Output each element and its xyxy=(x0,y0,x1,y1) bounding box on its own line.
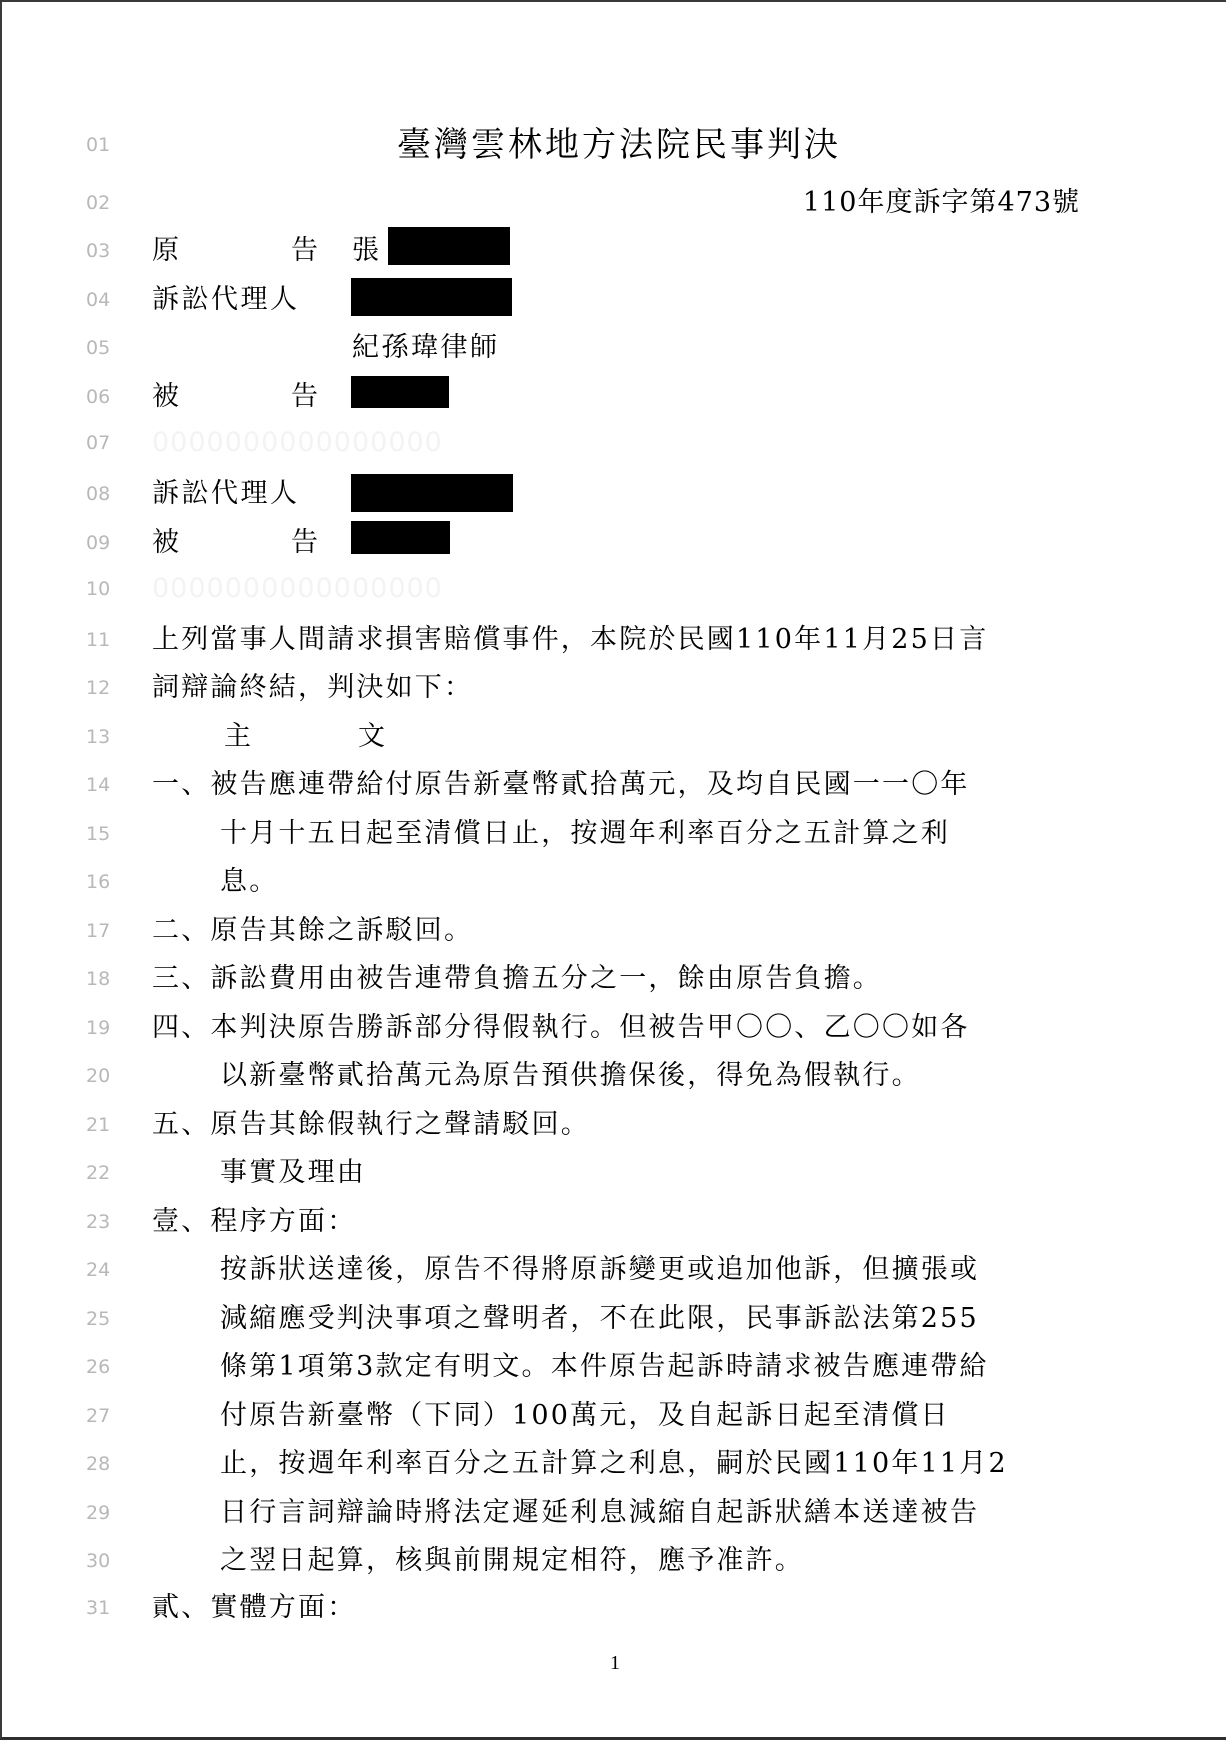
defendant-1-label: 被 告 xyxy=(152,373,318,421)
hidden-address-placeholder: 0000000000000000 xyxy=(152,419,443,467)
line-number: 30 xyxy=(86,1537,126,1585)
line-14: 14 一、被告應連帶給付原告新臺幣貳拾萬元，及均自民國一一〇年 xyxy=(2,761,1226,809)
document-page: 01 臺灣雲林地方法院民事判決 02 110年度訴字第473號 03 原 告 張… xyxy=(0,0,1226,1740)
line-03: 03 原 告 張 xyxy=(2,227,1226,275)
line-17: 17 二、原告其餘之訴駁回。 xyxy=(2,907,1226,955)
section-1-text: 減縮應受判決事項之聲明者，不在此限，民事訴訟法第255 xyxy=(220,1295,979,1343)
defendant-2-label: 被 告 xyxy=(152,519,318,567)
label-char: 告 xyxy=(291,227,318,275)
line-number: 13 xyxy=(86,713,126,761)
line-06: 06 被 告 xyxy=(2,373,1226,421)
line-09: 09 被 告 xyxy=(2,519,1226,567)
redaction-block-defendant-agent xyxy=(351,474,513,512)
line-number: 14 xyxy=(86,761,126,809)
line-number: 27 xyxy=(86,1392,126,1440)
redaction-block-defendant-1 xyxy=(351,376,449,408)
line-number: 09 xyxy=(86,519,126,567)
line-number: 26 xyxy=(86,1343,126,1391)
line-number: 29 xyxy=(86,1489,126,1537)
main-heading-char-1: 主 xyxy=(224,713,253,761)
line-13: 13 主 文 xyxy=(2,713,1226,761)
section-1-text: 日行言詞辯論時將法定遲延利息減縮自起訴狀繕本送達被告 xyxy=(220,1489,979,1537)
line-number: 11 xyxy=(86,616,126,664)
redaction-block-plaintiff-agent xyxy=(351,278,512,316)
line-04: 04 訴訟代理人 xyxy=(2,276,1226,324)
plaintiff-label: 原 告 xyxy=(152,227,318,275)
line-29: 29 日行言詞辯論時將法定遲延利息減縮自起訴狀繕本送達被告 xyxy=(2,1489,1226,1537)
line-number: 15 xyxy=(86,810,126,858)
section-1-text: 付原告新臺幣（下同）100萬元，及自起訴日起至清償日 xyxy=(220,1392,950,1440)
section-1-text: 止，按週年利率百分之五計算之利息，嗣於民國110年11月2 xyxy=(220,1440,1008,1488)
line-15: 15 十月十五日起至清償日止，按週年利率百分之五計算之利 xyxy=(2,810,1226,858)
facts-heading: 事實及理由 xyxy=(220,1149,366,1197)
label-char: 原 xyxy=(152,227,179,275)
line-number: 18 xyxy=(86,955,126,1003)
line-number: 05 xyxy=(86,324,126,372)
line-19: 19 四、本判決原告勝訴部分得假執行。但被告甲〇〇、乙〇〇如各 xyxy=(2,1004,1226,1052)
line-02: 02 110年度訴字第473號 xyxy=(2,179,1226,227)
redaction-block-defendant-2 xyxy=(351,521,450,554)
line-01: 01 臺灣雲林地方法院民事判決 xyxy=(2,121,1226,169)
line-16: 16 息。 xyxy=(2,858,1226,906)
line-number: 28 xyxy=(86,1440,126,1488)
label-char: 告 xyxy=(291,373,318,421)
plaintiff-agent-label: 訴訟代理人 xyxy=(152,276,300,324)
plaintiff-agent-lawyer: 紀孫瑋律師 xyxy=(352,324,500,372)
line-number: 31 xyxy=(86,1584,126,1632)
line-number: 21 xyxy=(86,1101,126,1149)
line-08: 08 訴訟代理人 xyxy=(2,470,1226,518)
line-number: 24 xyxy=(86,1246,126,1294)
line-number: 17 xyxy=(86,907,126,955)
line-number: 20 xyxy=(86,1052,126,1100)
line-28: 28 止，按週年利率百分之五計算之利息，嗣於民國110年11月2 xyxy=(2,1440,1226,1488)
line-31: 31 貳、實體方面： xyxy=(2,1584,1226,1632)
line-20: 20 以新臺幣貳拾萬元為原告預供擔保後，得免為假執行。 xyxy=(2,1052,1226,1100)
line-number: 19 xyxy=(86,1004,126,1052)
line-24: 24 按訴狀送達後，原告不得將原訴變更或追加他訴，但擴張或 xyxy=(2,1246,1226,1294)
line-number: 12 xyxy=(86,664,126,712)
line-number: 16 xyxy=(86,858,126,906)
line-22: 22 事實及理由 xyxy=(2,1149,1226,1197)
case-number: 110年度訴字第473號 xyxy=(803,179,1080,227)
judgment-item-4-cont: 以新臺幣貳拾萬元為原告預供擔保後，得免為假執行。 xyxy=(220,1052,921,1100)
section-1-text: 按訴狀送達後，原告不得將原訴變更或追加他訴，但擴張或 xyxy=(220,1246,979,1294)
line-number: 22 xyxy=(86,1149,126,1197)
section-1-text: 條第1項第3款定有明文。本件原告起訴時請求被告應連帶給 xyxy=(220,1343,989,1391)
judgment-item-1-cont: 十月十五日起至清償日止，按週年利率百分之五計算之利 xyxy=(220,810,950,858)
label-char: 告 xyxy=(291,519,318,567)
line-30: 30 之翌日起算，核與前開規定相符，應予准許。 xyxy=(2,1537,1226,1585)
line-number: 07 xyxy=(86,419,126,467)
line-number: 25 xyxy=(86,1295,126,1343)
intro-text: 詞辯論終結，判決如下： xyxy=(152,664,473,712)
section-1-heading: 壹、程序方面： xyxy=(152,1198,356,1246)
line-12: 12 詞辯論終結，判決如下： xyxy=(2,664,1226,712)
line-10: 10 0000000000000000 xyxy=(2,565,1226,613)
line-05: 05 紀孫瑋律師 xyxy=(2,324,1226,372)
judgment-item-4: 四、本判決原告勝訴部分得假執行。但被告甲〇〇、乙〇〇如各 xyxy=(152,1004,970,1052)
line-27: 27 付原告新臺幣（下同）100萬元，及自起訴日起至清償日 xyxy=(2,1392,1226,1440)
line-26: 26 條第1項第3款定有明文。本件原告起訴時請求被告應連帶給 xyxy=(2,1343,1226,1391)
label-char: 被 xyxy=(152,373,179,421)
section-1-text: 之翌日起算，核與前開規定相符，應予准許。 xyxy=(220,1537,804,1585)
defendant-agent-label: 訴訟代理人 xyxy=(152,470,300,518)
judgment-item-1-cont: 息。 xyxy=(220,858,278,906)
label-char: 被 xyxy=(152,519,179,567)
line-21: 21 五、原告其餘假執行之聲請駁回。 xyxy=(2,1101,1226,1149)
page-number: 1 xyxy=(2,1652,1226,1675)
plaintiff-name-visible: 張 xyxy=(352,227,382,275)
line-number: 06 xyxy=(86,373,126,421)
line-number: 04 xyxy=(86,276,126,324)
line-number: 02 xyxy=(86,179,126,227)
hidden-address-placeholder: 0000000000000000 xyxy=(152,565,443,613)
document-title: 臺灣雲林地方法院民事判決 xyxy=(2,121,1226,169)
line-number: 08 xyxy=(86,470,126,518)
judgment-item-2: 二、原告其餘之訴駁回。 xyxy=(152,907,473,955)
section-2-heading: 貳、實體方面： xyxy=(152,1584,356,1632)
line-number: 03 xyxy=(86,227,126,275)
line-11: 11 上列當事人間請求損害賠償事件，本院於民國110年11月25日言 xyxy=(2,616,1226,664)
line-number: 23 xyxy=(86,1198,126,1246)
judgment-item-1: 一、被告應連帶給付原告新臺幣貳拾萬元，及均自民國一一〇年 xyxy=(152,761,970,809)
judgment-item-5: 五、原告其餘假執行之聲請駁回。 xyxy=(152,1101,590,1149)
line-18: 18 三、訴訟費用由被告連帶負擔五分之一，餘由原告負擔。 xyxy=(2,955,1226,1003)
judgment-item-3: 三、訴訟費用由被告連帶負擔五分之一，餘由原告負擔。 xyxy=(152,955,882,1003)
intro-text: 上列當事人間請求損害賠償事件，本院於民國110年11月25日言 xyxy=(152,616,988,664)
main-heading-char-2: 文 xyxy=(358,713,387,761)
line-23: 23 壹、程序方面： xyxy=(2,1198,1226,1246)
line-number: 10 xyxy=(86,565,126,613)
redaction-block-plaintiff xyxy=(388,227,510,265)
line-25: 25 減縮應受判決事項之聲明者，不在此限，民事訴訟法第255 xyxy=(2,1295,1226,1343)
line-07: 07 0000000000000000 xyxy=(2,419,1226,467)
